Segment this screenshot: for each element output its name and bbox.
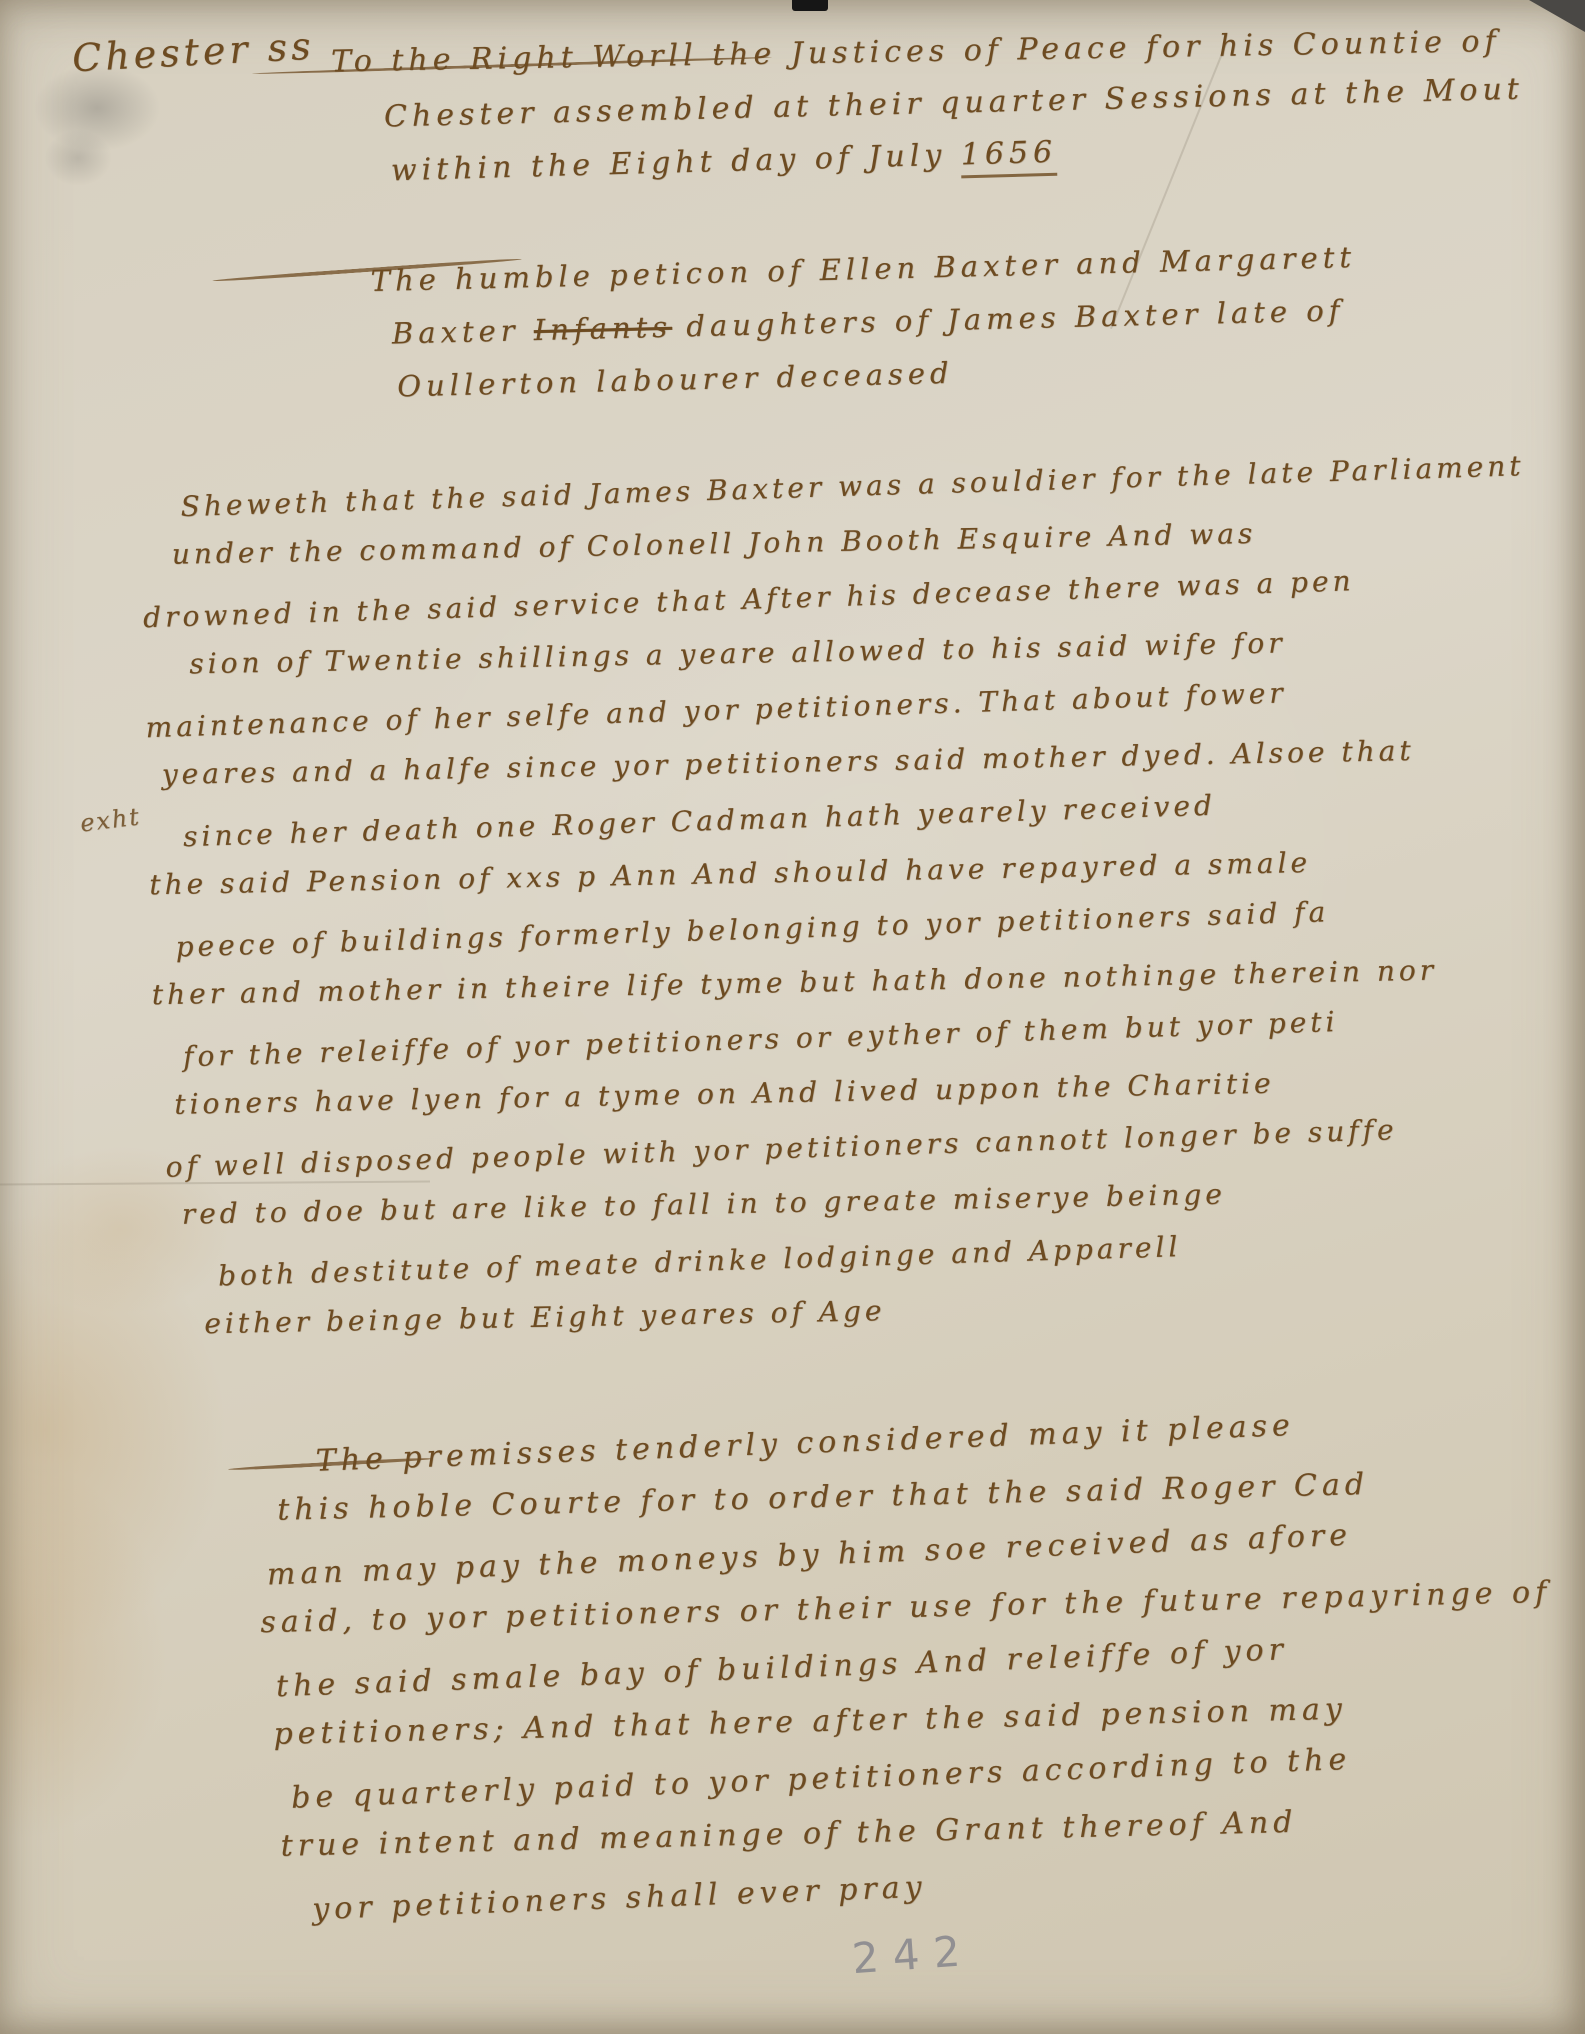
petition-body: Sheweth that the said James Baxter was a… <box>140 454 1544 1365</box>
scan-edge-mark <box>792 0 828 11</box>
struck-word: Infants <box>533 310 672 347</box>
heading-year-underlined: 1656 <box>960 135 1057 179</box>
petition-prayer: The premisses tenderly considered may it… <box>255 1404 1560 1944</box>
manuscript-page: Chester ss To the Right Worll the Justic… <box>0 0 1585 2034</box>
folio-number: 242 <box>850 1926 975 1983</box>
petition-title: The humble peticon of Ellen Baxter and M… <box>370 240 1359 423</box>
address-heading: To the Right Worll the Justices of Peace… <box>331 24 1526 201</box>
title-text: Baxter <box>391 313 534 350</box>
margin-annotation: exht <box>79 802 143 837</box>
scan-corner-mark <box>1529 0 1585 32</box>
